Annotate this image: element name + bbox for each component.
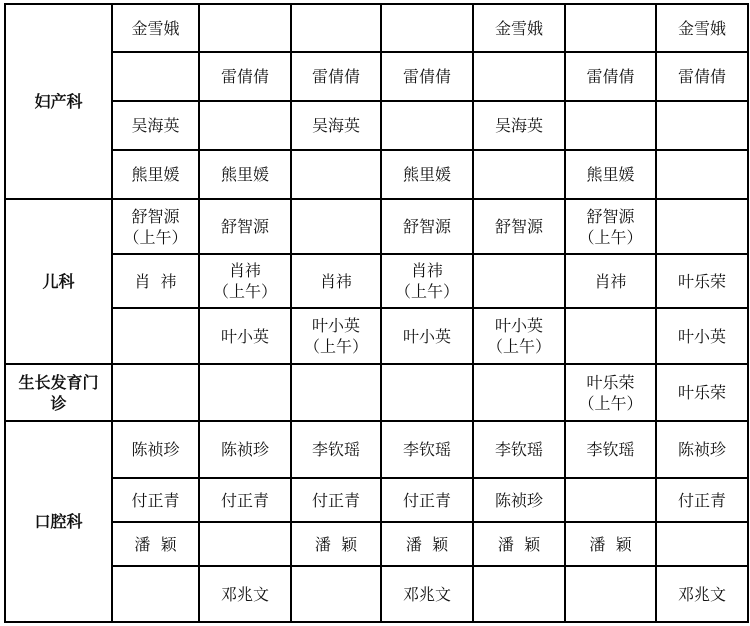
cell: 肖祎 [291, 254, 381, 308]
table-row: 邓兆文 邓兆文 邓兆文 [5, 566, 748, 622]
cell [291, 566, 381, 622]
dept-dental: 口腔科 [5, 421, 112, 622]
dept-growth-clinic: 生长发育门诊 [5, 364, 112, 421]
doctor-name: 叶小英 [202, 326, 288, 347]
doctor-name: 舒智源 [115, 206, 196, 227]
cell [473, 254, 565, 308]
cell [473, 52, 565, 101]
doctor-name: 肖祎 [384, 260, 470, 281]
cell: 金雪娥 [112, 4, 199, 52]
cell [381, 4, 473, 52]
cell: 熊里媛 [565, 150, 656, 199]
cell: 付正青 [656, 478, 748, 522]
cell: 潘 颖 [291, 522, 381, 566]
doctor-name: 肖 祎 [115, 271, 196, 292]
cell: 李钦瑶 [473, 421, 565, 478]
cell [473, 150, 565, 199]
cell [291, 150, 381, 199]
table-row: 生长发育门诊 叶乐荣（上午） 叶乐荣 [5, 364, 748, 421]
cell [656, 150, 748, 199]
cell: 邓兆文 [656, 566, 748, 622]
cell [565, 478, 656, 522]
table-row: 肖 祎 肖祎（上午） 肖祎 肖祎（上午） 肖祎 叶乐荣 [5, 254, 748, 308]
cell: 熊里媛 [112, 150, 199, 199]
cell [199, 364, 291, 421]
doctor-name: 舒智源 [202, 216, 288, 237]
cell [381, 364, 473, 421]
cell: 潘 颖 [381, 522, 473, 566]
cell: 叶乐荣（上午） [565, 364, 656, 421]
cell [112, 566, 199, 622]
cell: 叶小英 [199, 308, 291, 364]
cell: 雷倩倩 [656, 52, 748, 101]
doctor-name: 叶小英 [294, 315, 378, 336]
doctor-name: 叶乐荣 [659, 271, 745, 292]
table-row: 吴海英 吴海英 吴海英 [5, 101, 748, 150]
session-note: （上午） [384, 281, 470, 302]
cell: 陈祯珍 [473, 478, 565, 522]
session-note: （上午） [115, 227, 196, 248]
cell [565, 4, 656, 52]
session-note: （上午） [294, 336, 378, 357]
doctor-name: 叶乐荣 [659, 382, 745, 403]
cell: 吴海英 [473, 101, 565, 150]
cell: 肖祎（上午） [381, 254, 473, 308]
cell: 肖 祎 [112, 254, 199, 308]
cell: 吴海英 [291, 101, 381, 150]
cell: 李钦瑶 [291, 421, 381, 478]
doctor-name: 舒智源 [568, 206, 653, 227]
cell: 肖祎（上午） [199, 254, 291, 308]
cell: 潘 颖 [112, 522, 199, 566]
duty-schedule-table: 妇产科 金雪娥 金雪娥 金雪娥 雷倩倩 雷倩倩 雷倩倩 雷倩倩 雷倩倩 吴海英 … [4, 3, 749, 623]
cell: 李钦瑶 [565, 421, 656, 478]
cell [565, 566, 656, 622]
cell [291, 4, 381, 52]
table-row: 儿科 舒智源（上午） 舒智源 舒智源 舒智源 舒智源（上午） [5, 199, 748, 254]
session-note: （上午） [202, 281, 288, 302]
cell: 付正青 [112, 478, 199, 522]
cell [199, 101, 291, 150]
cell: 陈祯珍 [112, 421, 199, 478]
cell: 陈祯珍 [656, 421, 748, 478]
cell: 舒智源 [473, 199, 565, 254]
table-row: 雷倩倩 雷倩倩 雷倩倩 雷倩倩 雷倩倩 [5, 52, 748, 101]
cell: 邓兆文 [199, 566, 291, 622]
cell: 叶小英 [656, 308, 748, 364]
cell: 金雪娥 [473, 4, 565, 52]
cell: 叶小英（上午） [291, 308, 381, 364]
cell [656, 522, 748, 566]
cell: 舒智源 [199, 199, 291, 254]
cell [291, 199, 381, 254]
cell: 付正青 [381, 478, 473, 522]
session-note: （上午） [568, 393, 653, 414]
table-row: 付正青 付正青 付正青 付正青 陈祯珍 付正青 [5, 478, 748, 522]
doctor-name: 叶乐荣 [568, 372, 653, 393]
cell [112, 308, 199, 364]
cell: 叶乐荣 [656, 364, 748, 421]
doctor-name: 舒智源 [384, 216, 470, 237]
cell: 邓兆文 [381, 566, 473, 622]
dept-obgyn: 妇产科 [5, 4, 112, 199]
cell [291, 364, 381, 421]
doctor-name: 肖祎 [568, 271, 653, 292]
cell: 付正青 [199, 478, 291, 522]
doctor-name: 叶小英 [659, 326, 745, 347]
cell [199, 4, 291, 52]
cell: 舒智源（上午） [565, 199, 656, 254]
session-note: （上午） [568, 227, 653, 248]
cell: 叶小英 [381, 308, 473, 364]
cell: 吴海英 [112, 101, 199, 150]
dept-label-line: 生长发育门 [8, 372, 109, 393]
session-note: （上午） [476, 336, 562, 357]
cell [656, 199, 748, 254]
cell: 潘 颖 [565, 522, 656, 566]
cell: 雷倩倩 [291, 52, 381, 101]
cell: 金雪娥 [656, 4, 748, 52]
cell: 雷倩倩 [199, 52, 291, 101]
table-row: 妇产科 金雪娥 金雪娥 金雪娥 [5, 4, 748, 52]
cell: 李钦瑶 [381, 421, 473, 478]
cell: 付正青 [291, 478, 381, 522]
cell: 舒智源 [381, 199, 473, 254]
cell: 叶乐荣 [656, 254, 748, 308]
cell: 肖祎 [565, 254, 656, 308]
cell [112, 364, 199, 421]
cell: 叶小英（上午） [473, 308, 565, 364]
cell: 潘 颖 [473, 522, 565, 566]
cell [381, 101, 473, 150]
cell [473, 364, 565, 421]
table-row: 口腔科 陈祯珍 陈祯珍 李钦瑶 李钦瑶 李钦瑶 李钦瑶 陈祯珍 [5, 421, 748, 478]
cell: 雷倩倩 [381, 52, 473, 101]
cell [112, 52, 199, 101]
table-row: 熊里媛 熊里媛 熊里媛 熊里媛 [5, 150, 748, 199]
cell [199, 522, 291, 566]
dept-pediatrics: 儿科 [5, 199, 112, 364]
cell [565, 308, 656, 364]
cell: 舒智源（上午） [112, 199, 199, 254]
cell: 熊里媛 [381, 150, 473, 199]
table-row: 潘 颖 潘 颖 潘 颖 潘 颖 潘 颖 [5, 522, 748, 566]
cell [473, 566, 565, 622]
doctor-name: 叶小英 [384, 326, 470, 347]
doctor-name: 肖祎 [202, 260, 288, 281]
table-row: 叶小英 叶小英（上午） 叶小英 叶小英（上午） 叶小英 [5, 308, 748, 364]
doctor-name: 叶小英 [476, 315, 562, 336]
cell: 陈祯珍 [199, 421, 291, 478]
cell [565, 101, 656, 150]
cell [656, 101, 748, 150]
cell: 熊里媛 [199, 150, 291, 199]
doctor-name: 舒智源 [476, 216, 562, 237]
dept-label-line: 诊 [8, 393, 109, 414]
cell: 雷倩倩 [565, 52, 656, 101]
doctor-name: 肖祎 [294, 271, 378, 292]
